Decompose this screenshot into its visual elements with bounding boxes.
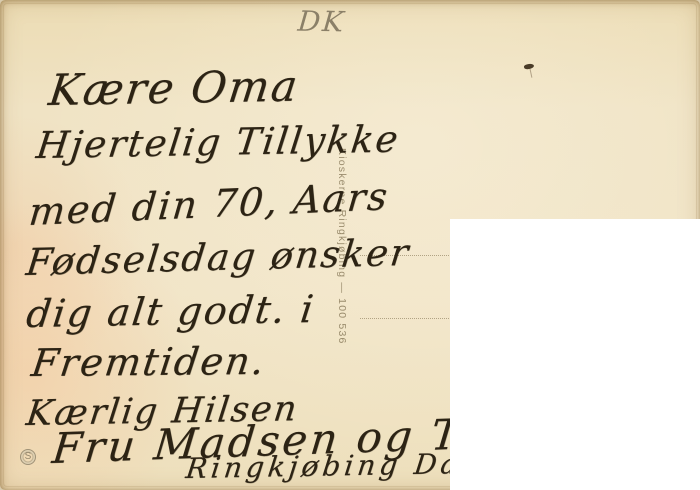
handwritten-line: Fødselsdag ønsker (24, 231, 412, 284)
address-dotted-line (360, 318, 451, 319)
pencil-country-note: DK (297, 5, 347, 39)
circled-s-watermark: S (20, 449, 36, 465)
blank-white-overlay (450, 219, 700, 490)
ink-speck (524, 63, 535, 70)
handwritten-line: Fremtiden. (29, 339, 269, 385)
handwritten-line: dig alt godt. i (24, 287, 318, 336)
postcard-back: DK Kioskerne Ringkjøbing — 100 536 Kære … (0, 0, 700, 490)
handwritten-line: Hjertelig Tillykke (34, 118, 402, 167)
handwritten-line-salutation: Kære Oma (46, 62, 302, 116)
handwritten-location-note: Ringkjøbing Dan (184, 447, 485, 485)
